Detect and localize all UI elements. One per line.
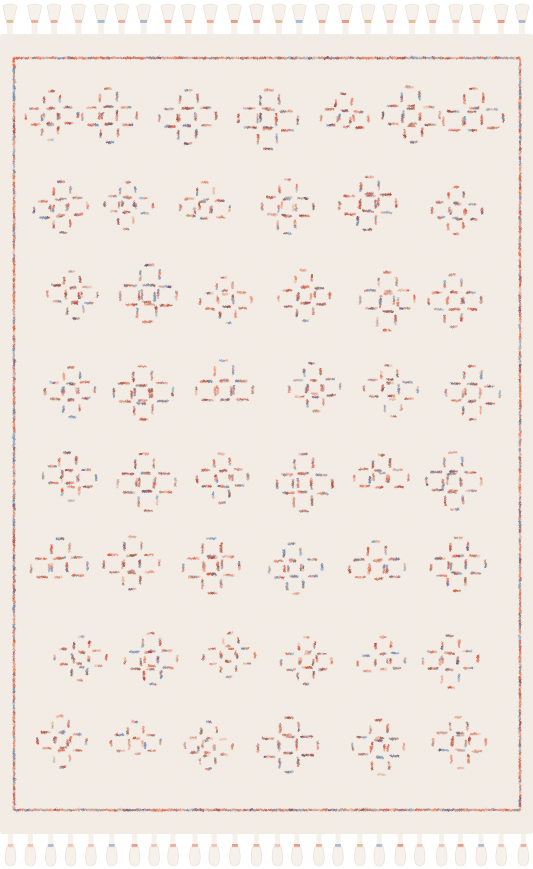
tassel [455, 832, 466, 866]
tassel [209, 832, 220, 866]
tassel [86, 832, 97, 866]
rug-product-photo: Ivory shag rug with a scattered pattern … [0, 0, 533, 869]
tassel [333, 832, 344, 866]
tassel [292, 832, 303, 866]
tassel [190, 832, 201, 866]
tassel [518, 832, 529, 866]
tassel [5, 832, 16, 866]
tassel [251, 832, 262, 866]
bottom-fringe-tassels [5, 832, 529, 866]
rug-illustration [0, 0, 533, 869]
tassel [45, 832, 56, 866]
tassel [436, 832, 447, 866]
tassel [374, 832, 385, 866]
tassel [414, 832, 425, 866]
tassel [129, 832, 140, 866]
tassel [476, 832, 487, 866]
tassel [314, 832, 325, 866]
tassel [395, 832, 406, 866]
tassel [106, 832, 117, 866]
tassel [65, 832, 76, 866]
tassel [25, 832, 36, 866]
tassel [168, 832, 179, 866]
rug-body [0, 34, 533, 834]
tassel [149, 832, 160, 866]
tassel [272, 832, 283, 866]
tassel [230, 832, 241, 866]
tassel [355, 832, 366, 866]
tassel [496, 832, 507, 866]
